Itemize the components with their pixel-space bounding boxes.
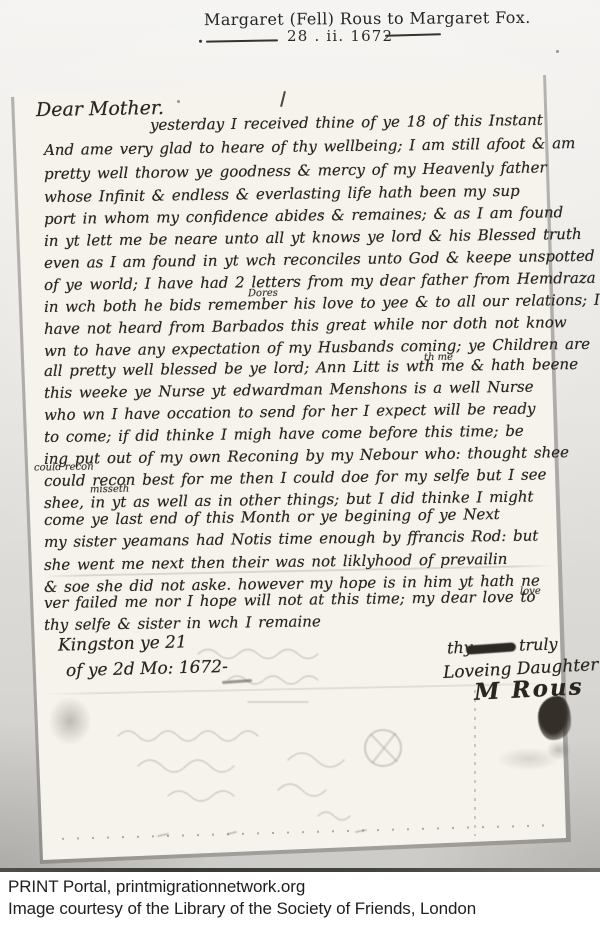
- postal-stamp-ghost: [364, 729, 402, 767]
- caption-credit: Image courtesy of the Library of the Soc…: [8, 899, 476, 919]
- signature-name: M Rous: [473, 673, 584, 706]
- letter-salutation: Dear Mother.: [36, 97, 164, 121]
- paper-speck: [177, 100, 180, 103]
- margin-smudge: [498, 748, 560, 770]
- signature-word-truly: truly: [519, 634, 558, 654]
- letter-insertion: th me: [424, 352, 453, 364]
- paper-speck: [556, 50, 559, 53]
- letter-dateline-date: of ye 2d Mo: 1672-: [66, 657, 228, 681]
- letter-insertion: could recon: [34, 461, 94, 473]
- caption-band: PRINT Portal, printmigrationnetwork.org …: [0, 872, 600, 926]
- caption-source: PRINT Portal, printmigrationnetwork.org: [8, 877, 305, 897]
- margin-smudge: [49, 697, 91, 745]
- header-underline-left: [206, 39, 278, 42]
- letter-dateline-place: Kingston ye 21: [58, 632, 187, 655]
- archive-header-date: 28 . ii. 1672: [287, 27, 393, 45]
- scanned-letter-page: Margaret (Fell) Rous to Margaret Fox. 28…: [0, 0, 600, 926]
- header-underline-right: [385, 33, 441, 36]
- archive-header-title: Margaret (Fell) Rous to Margaret Fox.: [204, 8, 531, 29]
- ink-blot: [538, 696, 571, 740]
- letter-insertion: love: [520, 586, 541, 597]
- paper-speck: [320, 212, 323, 215]
- letter-line: thy selfe & sister in wch I remaine: [44, 612, 321, 634]
- letter-insertion: misseth: [90, 484, 130, 496]
- letter-insertion: Dores: [248, 288, 278, 300]
- photograph-of-letter: Margaret (Fell) Rous to Margaret Fox. 28…: [0, 0, 600, 874]
